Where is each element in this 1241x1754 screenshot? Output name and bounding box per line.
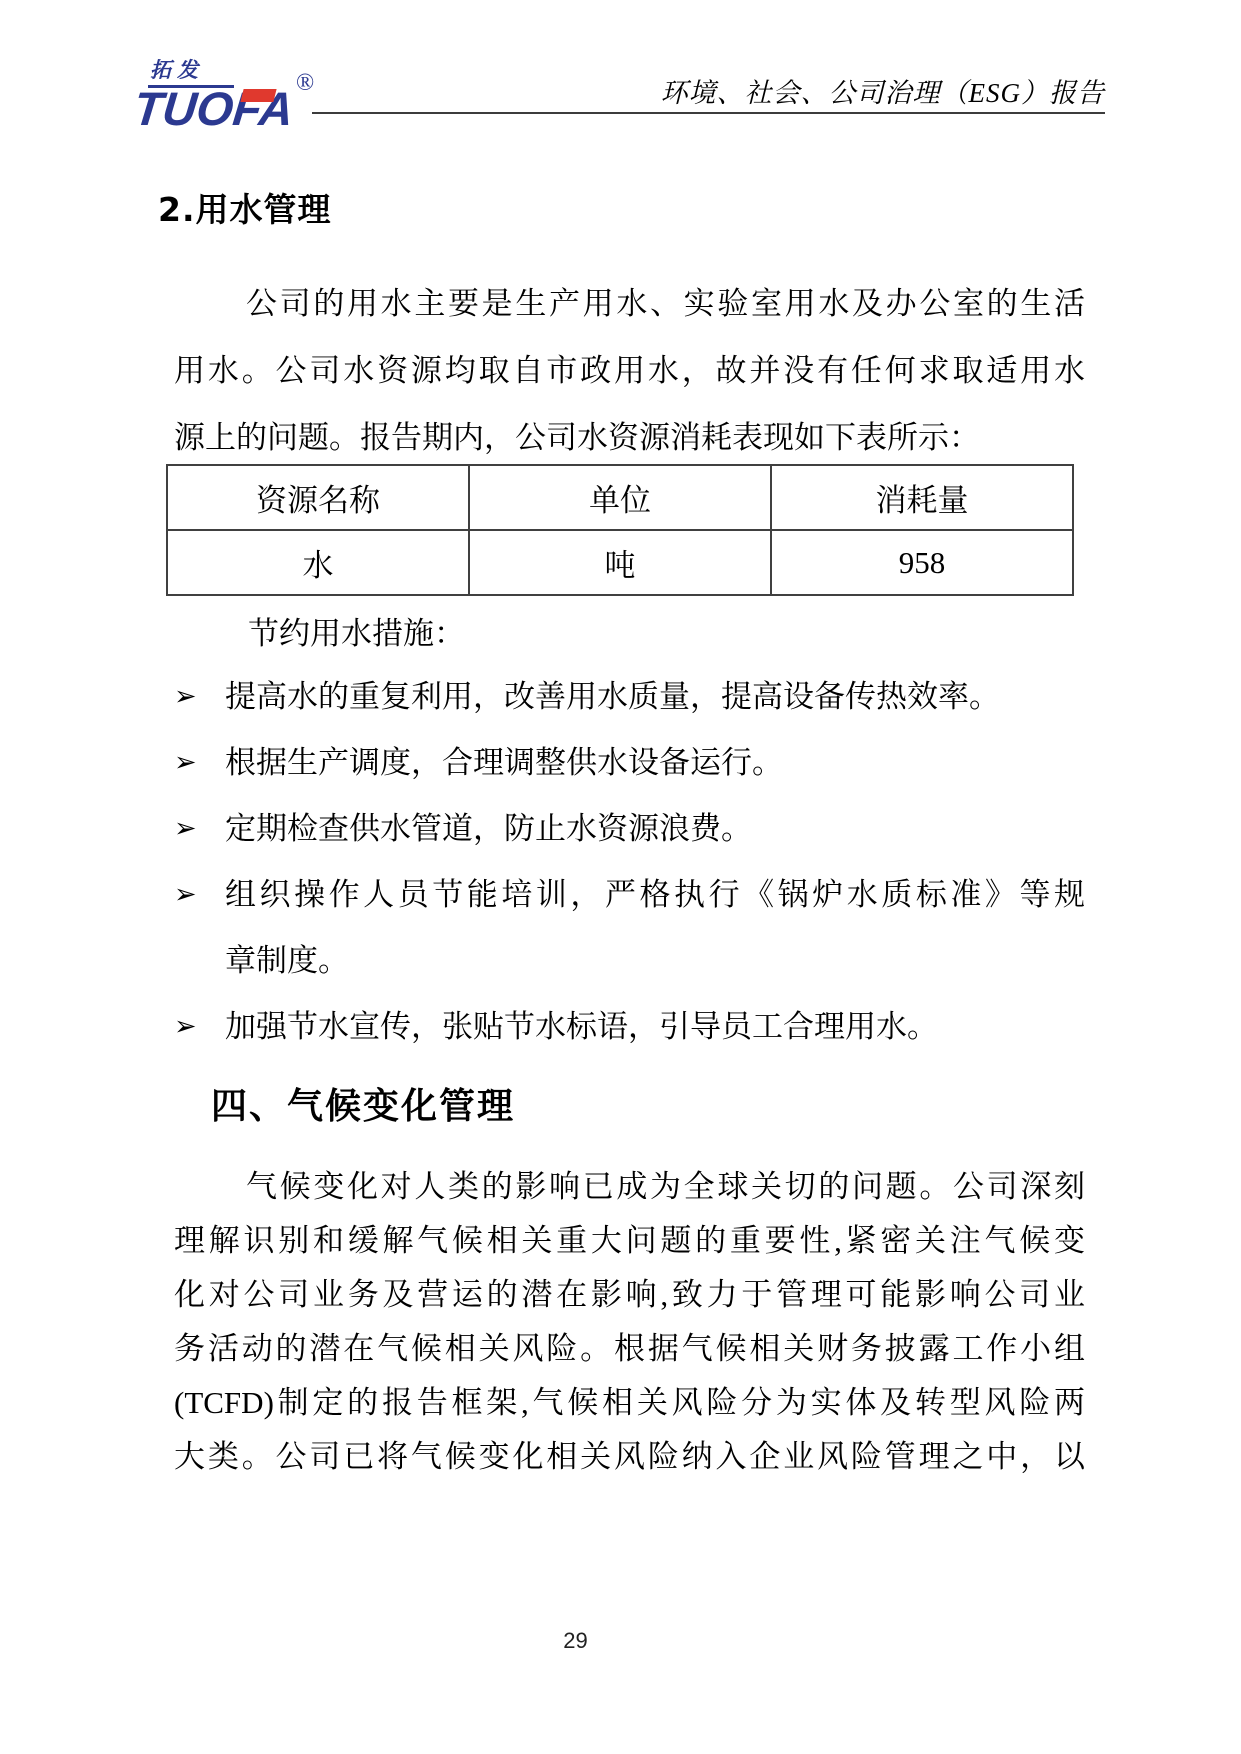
page-number: 29 bbox=[0, 1628, 1151, 1654]
arrow-bullet-icon: ➢ bbox=[174, 730, 197, 796]
climate-paragraph: 气候变化对人类的影响已成为全球关切的问题。公司深刻 理解识别和缓解气候相关重大问… bbox=[174, 1160, 1085, 1484]
table-row: 水 吨 958 bbox=[167, 530, 1073, 595]
list-item: ➢ 定期检查供水管道，防止水资源浪费。 bbox=[174, 796, 1085, 862]
cell-resource-name: 水 bbox=[167, 530, 469, 595]
arrow-bullet-icon: ➢ bbox=[174, 796, 197, 862]
paragraph-line: 务活动的潜在气候相关风险。根据气候相关财务披露工作小组 bbox=[174, 1322, 1085, 1376]
section-heading-water: 2.用水管理 bbox=[158, 184, 332, 231]
paragraph-line: 大类。公司已将气候变化相关风险纳入企业风险管理之中，以 bbox=[174, 1430, 1085, 1484]
section-heading-climate: 四、气候变化管理 bbox=[211, 1078, 515, 1129]
col-header-unit: 单位 bbox=[469, 465, 771, 530]
tuofa-logo: 拓发 TUOFA ® bbox=[134, 54, 324, 134]
paragraph-line: 源上的问题。报告期内，公司水资源消耗表现如下表所示： bbox=[174, 404, 1085, 471]
list-item-text: 加强节水宣传，张贴节水标语，引导员工合理用水。 bbox=[225, 994, 1085, 1060]
water-saving-measures-list: ➢ 提高水的重复利用，改善用水质量，提高设备传热效率。 ➢ 根据生产调度，合理调… bbox=[174, 664, 1085, 1060]
paragraph-line: 气候变化对人类的影响已成为全球关切的问题。公司深刻 bbox=[174, 1160, 1085, 1214]
list-item-text-continued: 章制度。 bbox=[225, 928, 1085, 994]
list-item: ➢ 根据生产调度，合理调整供水设备运行。 bbox=[174, 730, 1085, 796]
paragraph-line: 化对公司业务及营运的潜在影响,致力于管理可能影响公司业 bbox=[174, 1268, 1085, 1322]
cell-unit: 吨 bbox=[469, 530, 771, 595]
arrow-bullet-icon: ➢ bbox=[174, 664, 197, 730]
list-item-text: 提高水的重复利用，改善用水质量，提高设备传热效率。 bbox=[225, 664, 1085, 730]
col-header-consumption: 消耗量 bbox=[771, 465, 1073, 530]
logo-red-accent bbox=[240, 89, 276, 102]
list-item: ➢ 提高水的重复利用，改善用水质量，提高设备传热效率。 bbox=[174, 664, 1085, 730]
report-header-title: 环境、社会、公司治理（ESG）报告 bbox=[661, 80, 1106, 112]
list-item-text: 根据生产调度，合理调整供水设备运行。 bbox=[225, 730, 1085, 796]
paragraph-line: 理解识别和缓解气候相关重大问题的重要性,紧密关注气候变 bbox=[174, 1214, 1085, 1268]
paragraph-line: (TCFD)制定的报告框架,气候相关风险分为实体及转型风险两 bbox=[174, 1376, 1085, 1430]
list-item-text: 定期检查供水管道，防止水资源浪费。 bbox=[225, 796, 1085, 862]
cell-consumption: 958 bbox=[771, 530, 1073, 595]
list-item: ➢ 组织操作人员节能培训，严格执行《锅炉水质标准》等规 章制度。 bbox=[174, 862, 1085, 994]
logo-wordmark-row: TUOFA ® bbox=[134, 84, 324, 134]
arrow-bullet-icon: ➢ bbox=[174, 862, 197, 928]
list-item: ➢ 加强节水宣传，张贴节水标语，引导员工合理用水。 bbox=[174, 994, 1085, 1060]
document-page: 拓发 TUOFA ® 环境、社会、公司治理（ESG）报告 2.用水管理 公司的用… bbox=[0, 0, 1241, 1754]
paragraph-line: 用水。公司水资源均取自市政用水，故并没有任何求取适用水 bbox=[174, 337, 1085, 404]
water-consumption-table: 资源名称 单位 消耗量 水 吨 958 bbox=[166, 464, 1074, 596]
col-header-resource-name: 资源名称 bbox=[167, 465, 469, 530]
header-rule: 环境、社会、公司治理（ESG）报告 bbox=[312, 58, 1105, 114]
list-item-text: 组织操作人员节能培训，严格执行《锅炉水质标准》等规 bbox=[225, 862, 1085, 928]
paragraph-line: 公司的用水主要是生产用水、实验室用水及办公室的生活 bbox=[174, 270, 1085, 337]
water-paragraph: 公司的用水主要是生产用水、实验室用水及办公室的生活 用水。公司水资源均取自市政用… bbox=[174, 270, 1085, 471]
arrow-bullet-icon: ➢ bbox=[174, 994, 197, 1060]
water-saving-measures-label: 节约用水措施： bbox=[248, 604, 465, 664]
table-header-row: 资源名称 单位 消耗量 bbox=[167, 465, 1073, 530]
